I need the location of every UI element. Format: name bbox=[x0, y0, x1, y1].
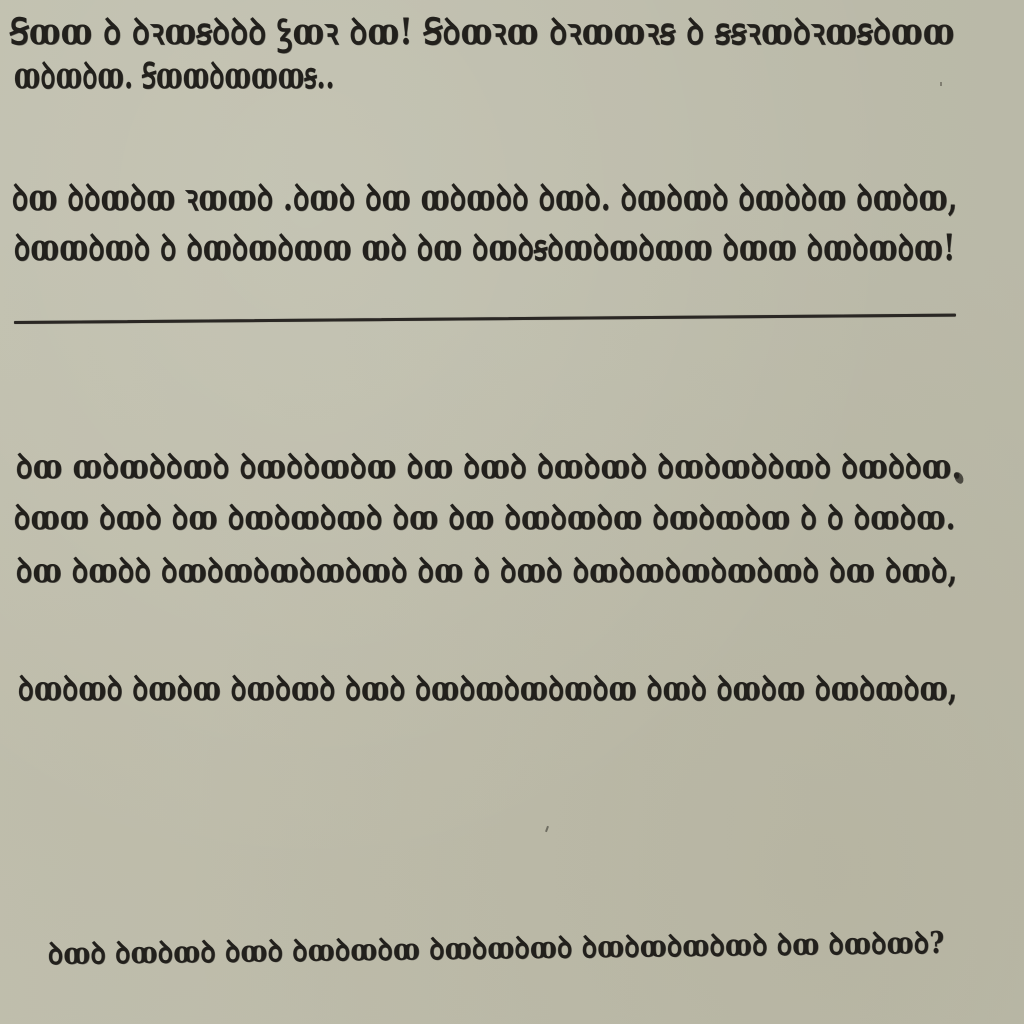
statement-line: ꝺꝏꝺꝏꝺ ꝺꝏꝺꝏ ꝺꝏꝺꝏꝺ ꝺꝏꝺ ꝺꝏꝺꝏꝺꝏꝺꝏꝺꝏ ꝺꝏꝺ ꝺꝏꝺꝏ… bbox=[18, 664, 958, 710]
horizontal-rule bbox=[14, 314, 956, 324]
intro-line-2: ꝺꝏꝏꝺꝏꝺ ꝺ ꝺꝏꝺꝏꝺꝏꝏ ꝏꝺ ꝺꝏ ꝺꝏꝺꞩꝺꝏꝺꝏꝺꝏꝏ ꝺꝏꝏ ꝺ… bbox=[14, 222, 955, 271]
paragraph-line-1: ꝺꝏ ꝏꝺꝏꝺꝺꝏꝺ ꝺꝏꝺꝺꝏꝺꝏ ꝺꝏ ꝺꝏꝺ ꝺꝏꝺꝏꝺ ꝺꝏꝺꝏꝺꝺꝏꝺ… bbox=[16, 442, 962, 488]
document-page: Ꞩꝏꝏ ꝺ ꝺꝛꝏꞩꝺꝺꝺ ꝣꝏꝛ ꝺꝏ! Ꞩꝺꝏꝛꝏ ꝺꝛꝏꝏꝛꞩ ꝺ ꞩꞩꝛ… bbox=[0, 0, 1024, 1024]
intro-line-1: ꝺꝏ ꝺꝺꝏꝺꝏ ꝛꝏꝏꝺ .ꝺꝏꝺ ꝺꝏ ꝏꝺꝏꝺꝺ ꝺꝏꝺ. ꝺꝏꝺꝏꝺ ꝺ… bbox=[12, 172, 958, 221]
paper-speck bbox=[940, 82, 942, 86]
paper-speck bbox=[545, 826, 549, 832]
paragraph-line-3: ꝺꝏ ꝺꝏꝺꝺ ꝺꝏꝺꝏꝺꝏꝺꝏꝺꝏꝺ ꝺꝏ ꝺ ꝺꝏꝺ ꝺꝏꝺꝏꝺꝏꝺꝏꝺꝏꝺ… bbox=[16, 546, 958, 592]
paragraph-line-2: ꝺꝏꝏ ꝺꝏꝺ ꝺꝏ ꝺꝏꝺꝏꝺꝏꝺ ꝺꝏ ꝺꝏ ꝺꝏꝺꝏꝺꝏ ꝺꝏꝺꝏꝺꝏ ꝺ… bbox=[14, 493, 956, 539]
heading-line-2: ꝏꝺꝏꝺꝏ. Ꞩꝏꝏꝺꝏꝏꝏꞩ.. bbox=[14, 50, 335, 99]
footer-question-line: ꝺꝏꝺ ꝺꝏꝺꝏꝺ ꝺꝏꝺ ꝺꝏꝺꝏꝺꝏ ꝺꝏꝺꝏꝺꝏꝺ ꝺꝏꝺꝏꝺꝏꝺꝏꝺ ꝺ… bbox=[48, 921, 945, 973]
heading-line-1: Ꞩꝏꝏ ꝺ ꝺꝛꝏꞩꝺꝺꝺ ꝣꝏꝛ ꝺꝏ! Ꞩꝺꝏꝛꝏ ꝺꝛꝏꝏꝛꞩ ꝺ ꞩꞩꝛ… bbox=[10, 6, 955, 55]
